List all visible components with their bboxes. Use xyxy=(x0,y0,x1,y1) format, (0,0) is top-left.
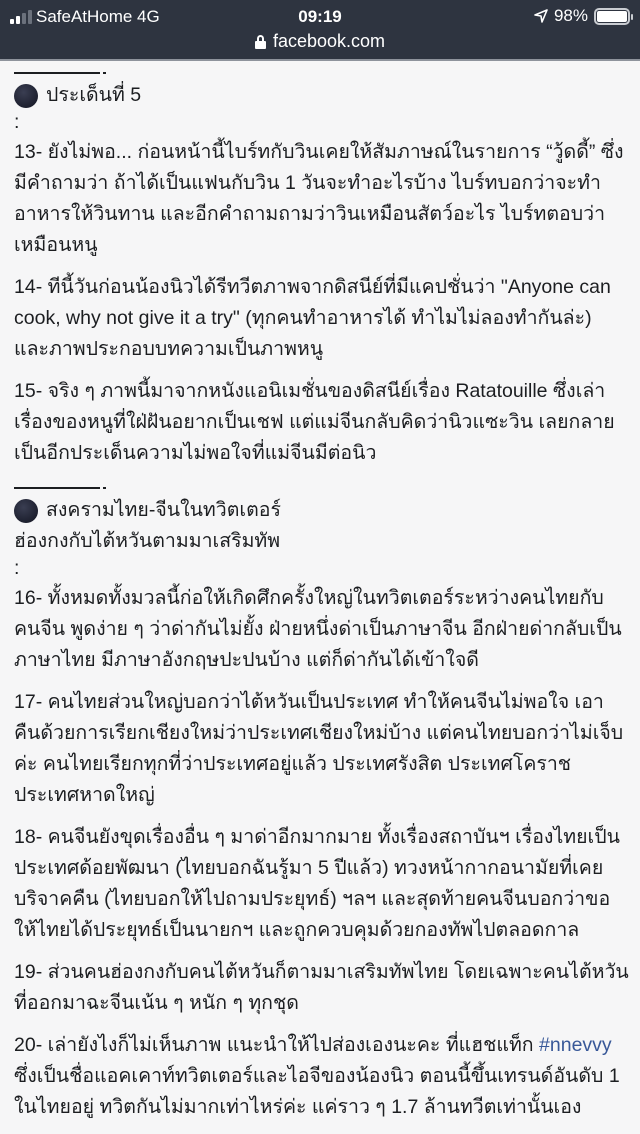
post-body: ประเด็นที่ 5 : 13- ยังไม่พอ... ก่อนหน้าน… xyxy=(14,63,630,1097)
battery-icon xyxy=(594,8,630,25)
list-item: 14- ทีนี้วันก่อนน้องนิวได้รีทวีตภาพจากดิ… xyxy=(14,272,630,365)
item-text: 20- เล่ายังไงก็ไม่เห็นภาพ แนะนำให้ไปส่อง… xyxy=(14,1034,539,1056)
list-item: 16- ทั้งหมดทั้งมวลนี้ก่อให้เกิดศึกครั้งใ… xyxy=(14,583,630,676)
section-title: ประเด็นที่ 5 xyxy=(46,80,141,111)
section-divider xyxy=(14,72,100,74)
address-bar[interactable]: facebook.com xyxy=(0,31,640,52)
section-title: สงครามไทย-จีนในทวิตเตอร์ xyxy=(46,495,281,526)
list-item: 19- ส่วนคนฮ่องกงกับคนไต้หวันก็ตามมาเสริม… xyxy=(14,957,630,1019)
list-item: 20- เล่ายังไงก็ไม่เห็นภาพ แนะนำให้ไปส่อง… xyxy=(14,1030,630,1097)
colon-separator: : xyxy=(14,111,630,137)
black-circle-icon xyxy=(14,84,38,108)
url-text: facebook.com xyxy=(273,31,385,52)
list-item: 17- คนไทยส่วนใหญ่บอกว่าไต้หวันเป็นประเทศ… xyxy=(14,687,630,811)
location-icon xyxy=(534,9,548,23)
status-bar: SafeAtHome 4G 09:19 98% xyxy=(0,4,640,30)
black-circle-icon xyxy=(14,499,38,523)
browser-top-bar: SafeAtHome 4G 09:19 98% facebook.com xyxy=(0,0,640,61)
hashtag-link[interactable]: #nnevvy xyxy=(539,1034,612,1056)
section-heading: ประเด็นที่ 5 xyxy=(14,80,630,111)
colon-separator: : xyxy=(14,557,630,583)
list-item: 15- จริง ๆ ภาพนี้มาจากหนังแอนิเมชั่นของด… xyxy=(14,376,630,469)
list-item: 13- ยังไม่พอ... ก่อนหน้านี้ไบร์ทกับวินเค… xyxy=(14,137,630,261)
section-divider xyxy=(14,487,100,489)
lock-icon xyxy=(255,35,266,49)
section-subtitle: ฮ่องกงกับไต้หวันตามมาเสริมทัพ xyxy=(14,526,630,557)
item-text: ซึ่งเป็นชื่อแอคเคาท์ทวิตเตอร์และไอจีของน… xyxy=(14,1065,620,1097)
list-item: 18- คนจีนยังขุดเรื่องอื่น ๆ มาด่าอีกมากม… xyxy=(14,822,630,946)
section-heading: สงครามไทย-จีนในทวิตเตอร์ xyxy=(14,495,630,526)
battery-percent: 98% xyxy=(554,6,588,26)
status-right: 98% xyxy=(534,6,630,26)
